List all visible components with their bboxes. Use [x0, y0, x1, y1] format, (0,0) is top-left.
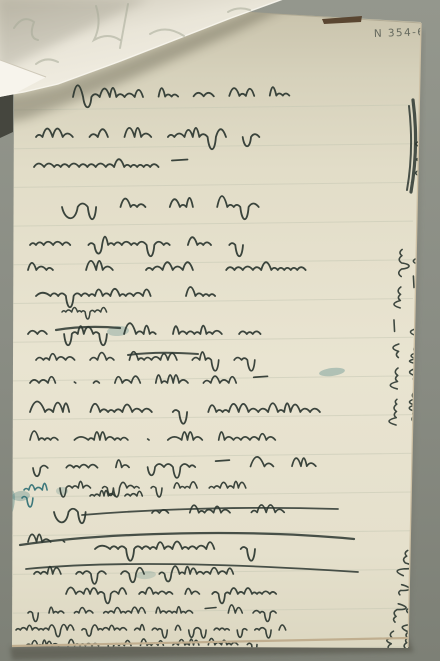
archive-number-label: N 354-6	[374, 26, 426, 40]
manuscript-photo: N 354-6	[0, 0, 440, 661]
main-page	[12, 11, 421, 648]
manuscript-svg: N 354-6	[0, 0, 440, 661]
